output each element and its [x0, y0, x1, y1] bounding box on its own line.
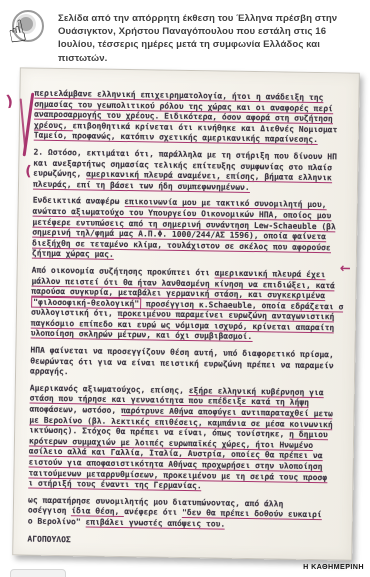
text-segment: ευρωζώνης, [33, 169, 86, 179]
scanned-document: ( ← περιελάμβανε ελληνική επιχειρηματολο… [12, 67, 360, 560]
text-segment: επιβάλει γνωστές απόψεις του. [85, 517, 225, 529]
text-segment: αμερικανική πλευρά έχει [215, 268, 326, 280]
paragraph: 2. Ωστόσο, εκτιμάται ότι, παράλληλα με τ… [33, 148, 351, 195]
text-segment: χρέους, [34, 120, 73, 131]
text-segment: Ενδεικτικά αναφέρω [33, 196, 125, 206]
text-segment: ζήτημα χώρας μας. [32, 249, 114, 260]
paragraph: Από οικονομία συζήτησης προκύπτει ότι αμ… [31, 265, 349, 344]
credit-logo: Η ΚΑΘΗΜΕΡΙΝΗ [303, 562, 364, 571]
text-segment: ίδια θέση, [71, 507, 124, 518]
signature: ΑΓΟΠΟΥΛΟΣ [27, 534, 344, 550]
paragraph: ως παρατήρησε συνομιλητής μου διατυπώνον… [28, 495, 345, 532]
text-segment: αποφάσεων, ωστόσο, [29, 405, 121, 415]
tap-hand-icon: ☝ [8, 8, 50, 56]
text-segment: ι στήριξή τους έναντι της Γερμανίας. [28, 479, 202, 492]
document-text: περιελάμβανε ελληνική επιχειρηματολογία,… [27, 89, 351, 550]
text-segment: ο Βερολίνο" [28, 517, 86, 527]
next-image-edge [10, 569, 66, 577]
paragraph: περιελάμβανε ελληνική επιχειρηματολογία,… [34, 89, 352, 147]
caption: ☝ Σελίδα από την απόρρητη έκθεση του Έλλ… [8, 8, 362, 65]
text-segment: συλλογιστική ότι, [31, 308, 118, 318]
text-segment: αρραγής. [30, 367, 69, 377]
text-segment: η δημιου [289, 430, 328, 441]
pen-bracket-mark-2 [20, 98, 27, 150]
pen-paren-close-mark: ) [5, 92, 14, 111]
paragraph: ΗΠΑ φαίνεται να προσεγγίζουν θέση αυτή, … [30, 346, 347, 383]
text-segment: Από οικονομία συζήτησης προκύπτει ότι [32, 265, 215, 277]
caption-text: Σελίδα από την απόρρητη έκθεση του Έλλην… [58, 8, 362, 65]
text-segment: υλοποίηση σκληρών μέτρων, και όχι συμβιβ… [31, 329, 253, 342]
paragraph: Αμερικανός αξιωματούχος, επίσης, εξήρε ε… [28, 383, 347, 494]
paragraph: Ενδεικτικά αναφέρω επικοινωνία μου με τα… [32, 196, 350, 265]
text-segment: ανέφερε ότι [124, 507, 182, 517]
pen-paren-mark: ( [25, 163, 32, 179]
text-segment: οσέγγιση [28, 506, 71, 516]
